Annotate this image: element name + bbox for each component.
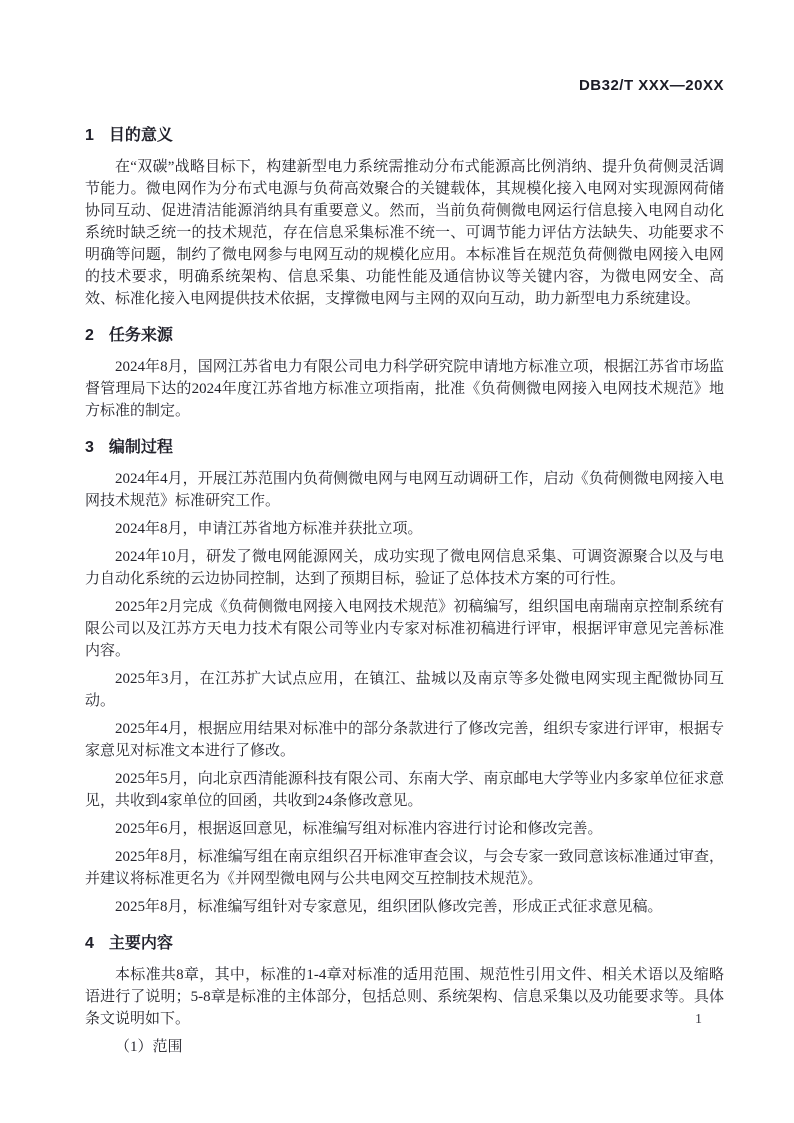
section-title: 目的意义 (109, 127, 173, 144)
paragraph: 2025年2月完成《负荷侧微电网接入电网技术规范》初稿编写，组织国电南瑞南京控制… (85, 596, 724, 662)
document-page: DB32/T XXX—20XX 1目的意义 在“双碳”战略目标下，构建新型电力系… (0, 0, 794, 1123)
section-title: 主要内容 (109, 935, 173, 952)
section-title: 任务来源 (109, 327, 173, 344)
section-task-source: 2任务来源 2024年8月，国网江苏省电力有限公司电力科学研究院申请地方标准立项… (85, 326, 724, 422)
section-number: 4 (85, 934, 94, 954)
paragraph: 2025年8月，标准编写组针对专家意见，组织团队修改完善，形成正式征求意见稿。 (85, 896, 724, 918)
paragraph: （1）范围 (85, 1036, 724, 1058)
paragraph: 2025年8月，标准编写组在南京组织召开标准审查会议，与会专家一致同意该标准通过… (85, 846, 724, 890)
paragraph: 2025年6月，根据返回意见，标准编写组对标准内容进行讨论和修改完善。 (85, 818, 724, 840)
section-purpose: 1目的意义 在“双碳”战略目标下，构建新型电力系统需推动分布式能源高比例消纳、提… (85, 126, 724, 310)
section-task-source-heading: 2任务来源 (85, 326, 724, 346)
section-drafting-process: 3编制过程 2024年4月，开展江苏范围内负荷侧微电网与电网互动调研工作，启动《… (85, 438, 724, 918)
paragraph: 2024年4月，开展江苏范围内负荷侧微电网与电网互动调研工作，启动《负荷侧微电网… (85, 468, 724, 512)
section-main-content: 4主要内容 本标准共8章，其中，标准的1-4章对标准的适用范围、规范性引用文件、… (85, 934, 724, 1058)
paragraph: 在“双碳”战略目标下，构建新型电力系统需推动分布式能源高比例消纳、提升负荷侧灵活… (85, 156, 724, 310)
section-title: 编制过程 (109, 439, 173, 456)
section-number: 1 (85, 126, 94, 146)
paragraph: 本标准共8章，其中，标准的1-4章对标准的适用范围、规范性引用文件、相关术语以及… (85, 964, 724, 1030)
page-header: DB32/T XXX—20XX (85, 76, 724, 96)
section-drafting-process-heading: 3编制过程 (85, 438, 724, 458)
paragraph: 2024年8月，国网江苏省电力有限公司电力科学研究院申请地方标准立项，根据江苏省… (85, 356, 724, 422)
paragraph: 2024年8月，申请江苏省地方标准并获批立项。 (85, 518, 724, 540)
paragraph: 2025年4月，根据应用结果对标准中的部分条款进行了修改完善，组织专家进行评审，… (85, 718, 724, 762)
section-purpose-heading: 1目的意义 (85, 126, 724, 146)
document-number: DB32/T XXX—20XX (579, 77, 724, 94)
section-number: 2 (85, 326, 94, 346)
page-number: 1 (695, 1012, 702, 1028)
section-main-content-heading: 4主要内容 (85, 934, 724, 954)
paragraph: 2025年5月，向北京西清能源科技有限公司、东南大学、南京邮电大学等业内多家单位… (85, 768, 724, 812)
paragraph: 2025年3月，在江苏扩大试点应用，在镇江、盐城以及南京等多处微电网实现主配微协… (85, 668, 724, 712)
paragraph: 2024年10月，研发了微电网能源网关，成功实现了微电网信息采集、可调资源聚合以… (85, 546, 724, 590)
section-number: 3 (85, 438, 94, 458)
